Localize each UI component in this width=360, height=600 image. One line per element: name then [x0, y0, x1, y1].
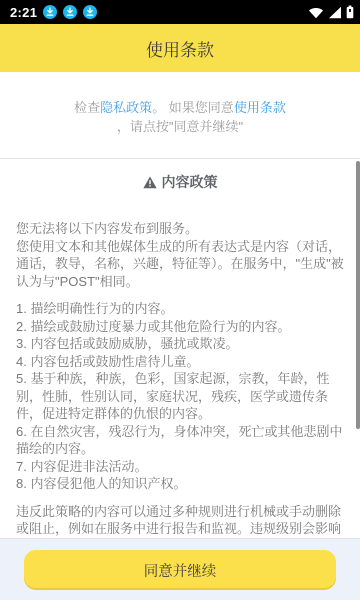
wifi-icon [308, 6, 324, 19]
policy-line [16, 493, 348, 503]
policy-line: 7. 内容促进非法活动。 [16, 458, 348, 476]
status-right-icons [308, 5, 354, 19]
policy-line: 3. 内容包括或鼓励威胁，骚扰或欺凌。 [16, 335, 348, 353]
policy-line: 5. 基于种族，种族，色彩，国家起源，宗教，年龄，性别，性肺，性别认同，家庭状况… [16, 370, 348, 423]
app-screen: 2:21 使用条款 [0, 0, 360, 600]
content-policy-heading: 内容政策 [0, 172, 360, 192]
title-bar: 使用条款 [0, 24, 360, 72]
content-policy-title: 内容政策 [162, 172, 218, 192]
intro-line-1: 检查隐私政策。 如果您同意使用条款 [0, 98, 360, 117]
policy-line: 您使用文本和其他媒体生成的所有表达式是内容（对话，通话，教导，名称，兴趣，特征等… [16, 238, 348, 291]
policy-line: 1. 描绘明确性行为的内容。 [16, 300, 348, 318]
policy-line: 违反此策略的内容可以通过多种规则进行机械或手动删除或阻止，例如在服务中进行报告和… [16, 503, 348, 539]
intro-text: 检查隐私政策。 如果您同意使用条款 ，请点按"同意并继续" [0, 72, 360, 158]
policy-text: 您无法将以下内容发布到服务。您使用文本和其他媒体生成的所有表达式是内容（对话，通… [0, 220, 360, 538]
policy-line: 您无法将以下内容发布到服务。 [16, 220, 348, 238]
policy-line: 2. 描绘或鼓励过度暴力或其他危险行为的内容。 [16, 318, 348, 336]
policy-line: 8. 内容侵犯他人的知识产权。 [16, 475, 348, 493]
intro-line-2: ，请点按"同意并继续" [0, 117, 360, 136]
notification-icons [43, 5, 97, 19]
status-bar: 2:21 [0, 0, 360, 24]
scrollbar-thumb[interactable] [356, 161, 360, 429]
policy-line: 6. 在自然灾害，残忍行为，身体冲突，死亡或其他悲剧中描绘的内容。 [16, 423, 348, 458]
battery-icon [346, 5, 354, 19]
footer-bar: 同意并继续 [0, 538, 360, 600]
intro-mid: 。 如果您同意 [152, 100, 234, 115]
intro-pre: 检查 [74, 100, 100, 115]
warning-triangle-icon [143, 176, 157, 189]
privacy-policy-link[interactable]: 隐私政策 [100, 100, 152, 115]
policy-line: 4. 内容包括或鼓励性虐待儿童。 [16, 353, 348, 371]
status-time: 2:21 [10, 5, 37, 20]
terms-link[interactable]: 使用条款 [234, 100, 286, 115]
agree-continue-button[interactable]: 同意并继续 [24, 550, 336, 590]
signal-icon [328, 6, 342, 19]
page-title: 使用条款 [146, 36, 214, 61]
download-icon [43, 5, 57, 19]
policy-line [16, 290, 348, 300]
download-icon [83, 5, 97, 19]
content-policy-panel[interactable]: 内容政策 您无法将以下内容发布到服务。您使用文本和其他媒体生成的所有表达式是内容… [0, 158, 360, 538]
download-icon [63, 5, 77, 19]
